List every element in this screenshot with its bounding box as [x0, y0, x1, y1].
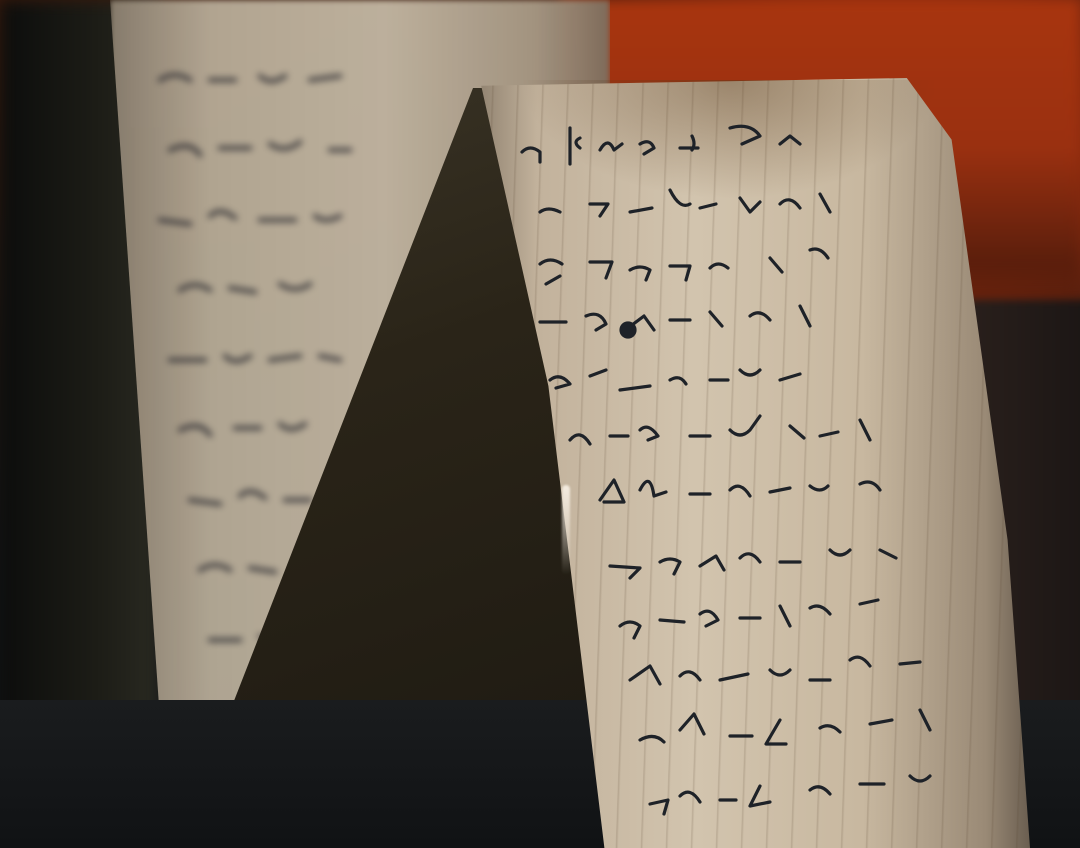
photograph — [0, 0, 1080, 848]
foreground-tablet-script — [480, 80, 1020, 848]
